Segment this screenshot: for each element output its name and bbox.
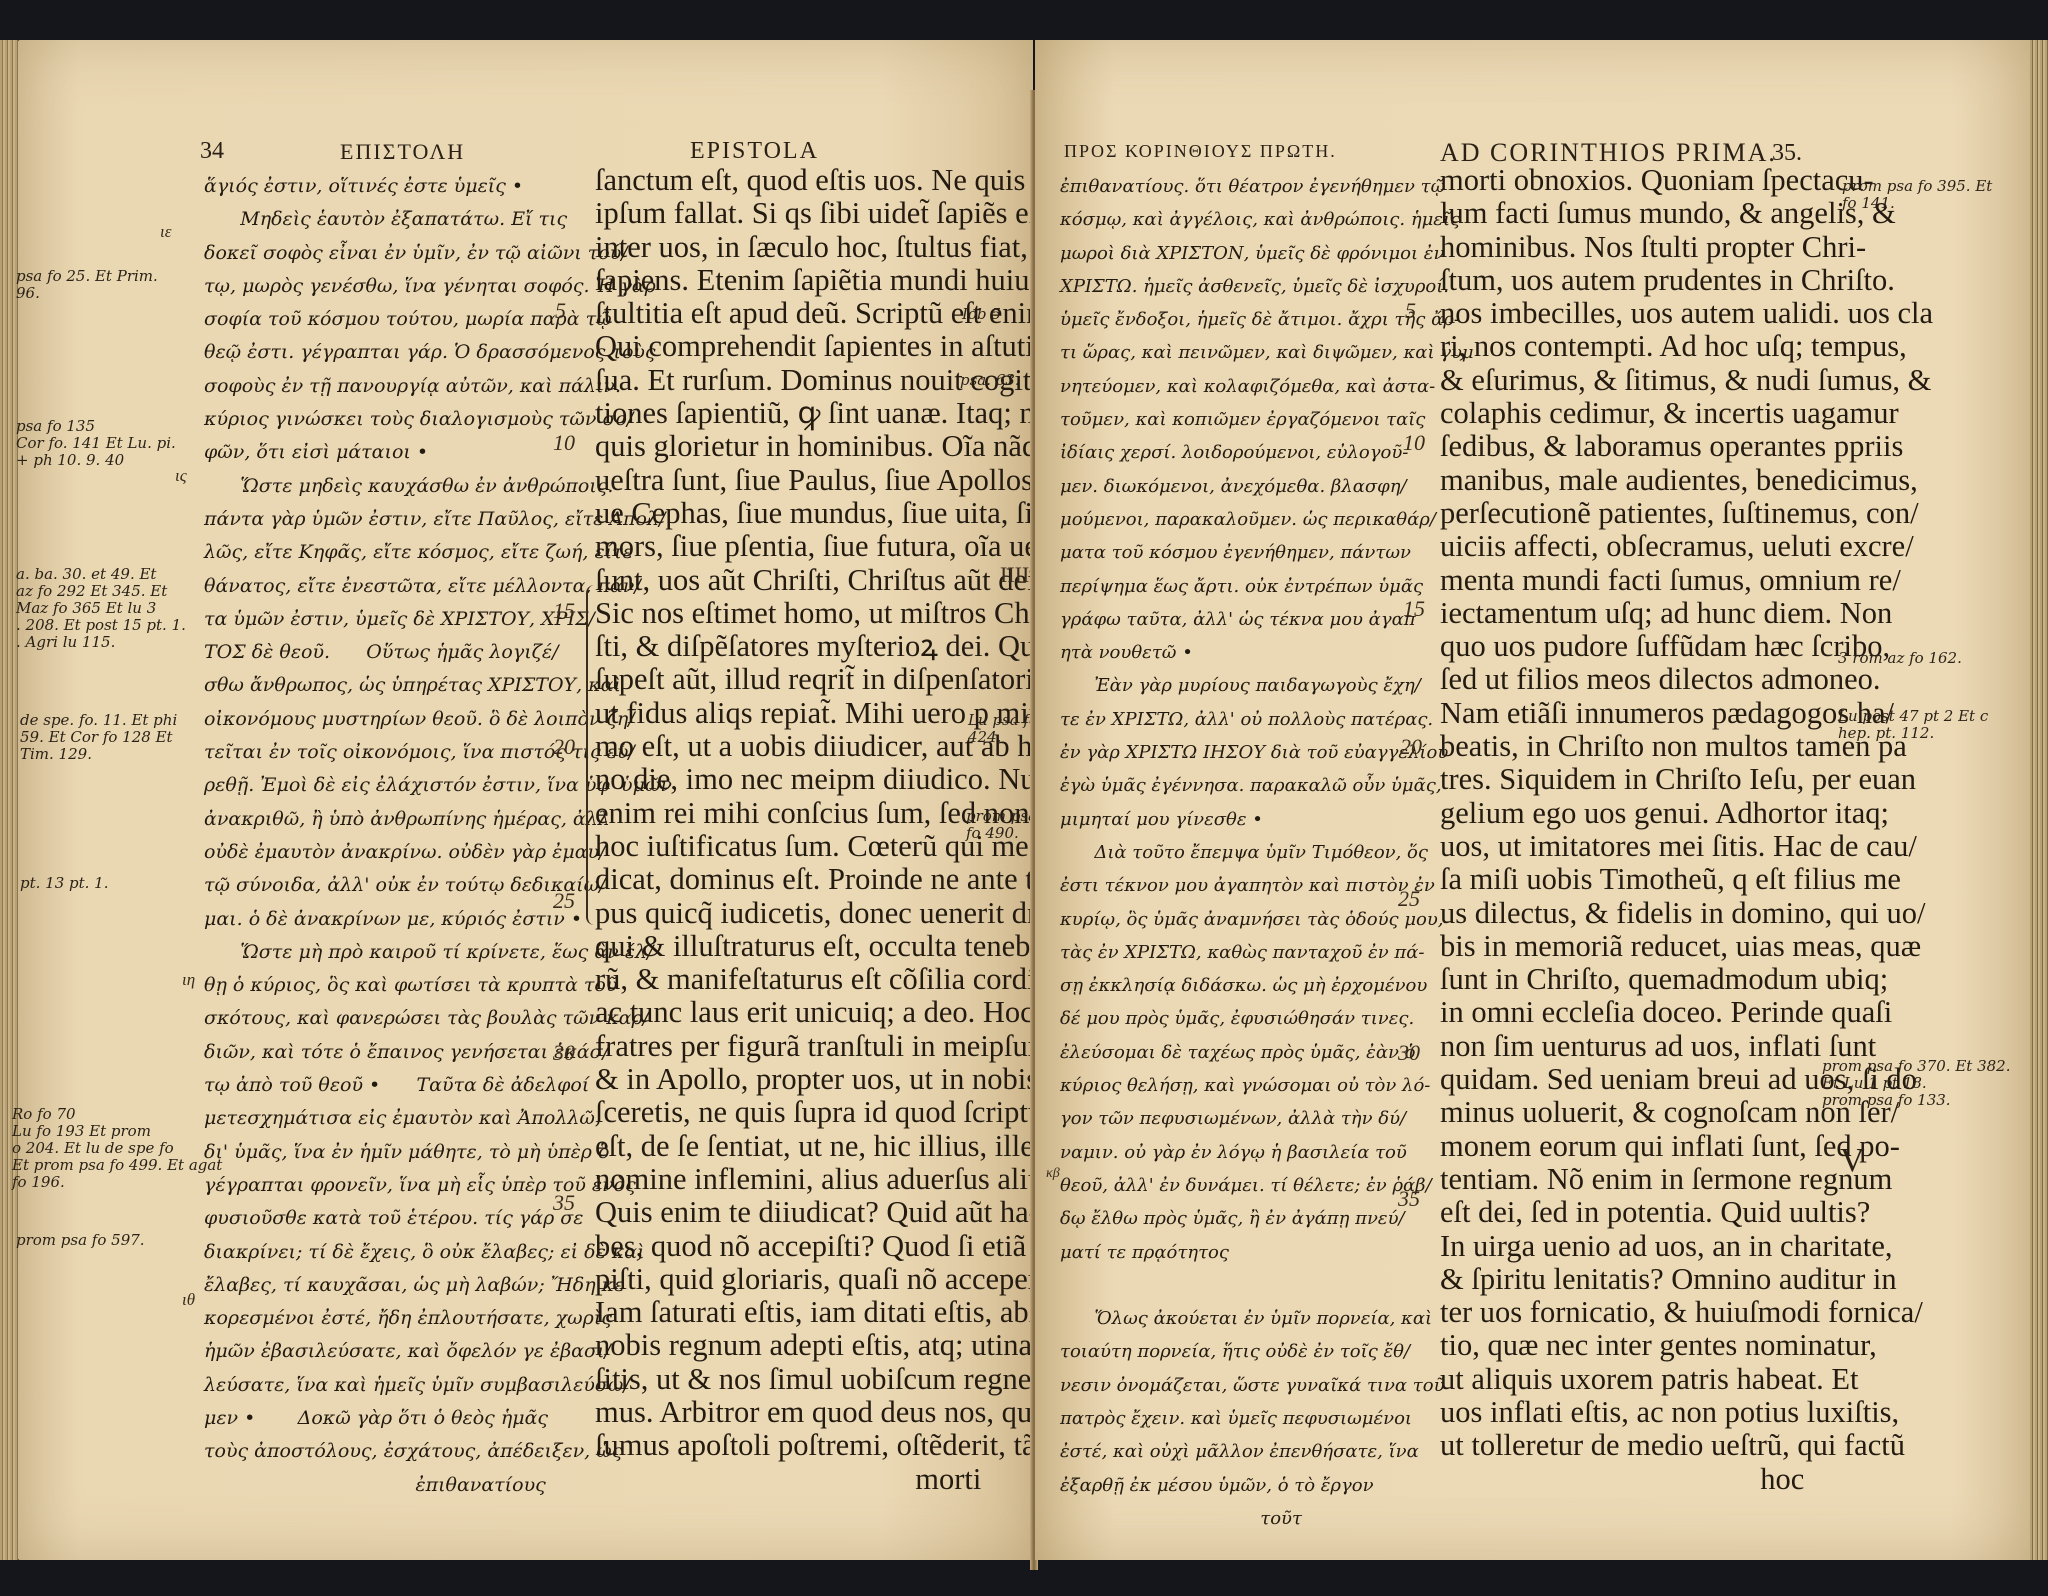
text-line: iectamentum uſq; ad hunc diem. Non	[1440, 597, 1933, 630]
text-line: hoc	[1440, 1463, 1933, 1496]
handwritten-margin-note: a. ba. 30. et 49. Et az fo 292 Et 345. E…	[16, 566, 186, 651]
text-line: ἐπιθανατίους. ὅτι θέατρον ἐγενήθημεν τῷ	[1060, 170, 1474, 203]
handwritten-margin-note: pt. 13 pt. 1.	[20, 875, 109, 892]
open-book: 34 ΕΠΙΣΤΟΛΗ EPISTOLA ἅγιός ἐστιν, οἵτινέ…	[0, 0, 2048, 1596]
text-line: ſedibus, & laboramus operantes ppriis	[1440, 430, 1933, 463]
text-line: ſed ut filios meos dilectos admoneo.	[1440, 663, 1933, 696]
line-number: 25	[553, 888, 575, 914]
left-folio-number: 34	[200, 138, 224, 165]
text-line: τε ἐν ΧΡΙΣΤΩ, ἀλλ' οὐ πολλοὺς πατέρας.	[1060, 703, 1474, 736]
text-line: uiciis affecti, obſecramus, ueluti excre…	[1440, 530, 1933, 563]
text-line: Ὅλως ἀκούεται ἐν ὑμῖν πορνεία, καὶ	[1060, 1302, 1474, 1335]
line-number: 10	[553, 430, 575, 456]
line-number: 30	[1398, 1040, 1420, 1066]
verse-mark: ιε	[160, 222, 171, 242]
verse-mark: ιη	[182, 970, 195, 990]
text-line: γον τῶν πεφυσιωμένων, ἀλλὰ τὴν δύ/	[1060, 1102, 1474, 1135]
chapter-mark: IIII	[1000, 562, 1029, 588]
line-number: 5	[555, 298, 566, 324]
text-line: τι ὥρας, καὶ πεινῶμεν, καὶ διψῶμεν, καὶ …	[1060, 336, 1474, 369]
text-line: ſunt in Chriſto, quemadmodum ubiq;	[1440, 963, 1933, 996]
right-latin-column: morti obnoxios. Quoniam ſpectacu-lum fac…	[1440, 164, 1933, 1496]
handwritten-margin-note: Lu post 47 pt 2 Et c hep. pt. 112.	[1838, 708, 1988, 742]
text-line: ἐστέ, καὶ οὐχὶ μᾶλλον ἐπενθήσατε, ἵνα	[1060, 1435, 1474, 1468]
line-number: 15	[553, 598, 575, 624]
text-line: & eſurimus, & ſitimus, & nudi ſumus, &	[1440, 364, 1933, 397]
text-line: ἐγὼ ὑμᾶς ἐγέννησα. παρακαλῶ οὖν ὑμᾶς,	[1060, 769, 1474, 802]
handwritten-margin-note: Ro fo 70 Lu fo 193 Et prom o 204. Et lu …	[12, 1106, 222, 1191]
text-line: μωροὶ διὰ ΧΡΙΣΤΟΝ, ὑμεῖς δὲ φρόνιμοι ἐν	[1060, 237, 1474, 270]
right-greek-running-head: ΠΡΟΣ ΚΟΡΙΝΘΙΟΥΣ ΠΡΩΤΗ.	[1064, 141, 1337, 162]
handwritten-margin-note: prom psa fo 395. Et fo 141.	[1842, 178, 1992, 212]
text-line: gelium ego uos genui. Adhortor itaq;	[1440, 797, 1933, 830]
text-line: κόσμῳ, καὶ ἀγγέλοις, καὶ ἀνθρώποις. ἡμεῖ…	[1060, 203, 1474, 236]
line-number: 30	[553, 1040, 575, 1066]
text-line: ut tolleretur de medio ueſtrũ, qui factũ	[1440, 1429, 1933, 1462]
text-line: μιμηταί μου γίνεσθε •	[1060, 803, 1474, 836]
text-line: τοιαύτη πορνεία, ἥτις οὐδὲ ἐν τοῖς ἔθ/	[1060, 1335, 1474, 1368]
text-line: ματα τοῦ κόσμου ἐγενήθημεν, πάντων	[1060, 536, 1474, 569]
line-number: 20	[1400, 734, 1422, 760]
text-line: ſtum, uos autem prudentes in Chriſto.	[1440, 264, 1933, 297]
text-line: In uirga uenio ad uos, an in charitate,	[1440, 1230, 1933, 1263]
text-line: & ſpiritu lenitatis? Omnino auditur in	[1440, 1263, 1933, 1296]
line-number: 35	[553, 1190, 575, 1216]
text-line: uos, ut imitatores mei ſitis. Hac de cau…	[1440, 830, 1933, 863]
text-line: in omni eccleſia doceo. Perinde quaſi	[1440, 996, 1933, 1029]
handwritten-margin-note: prom psa fo 597.	[16, 1232, 145, 1249]
handwritten-margin-note: 3 rom az fo 162.	[1838, 650, 1962, 667]
text-line: uos inflati eſtis, ac non potius luxiſti…	[1440, 1396, 1933, 1429]
line-number: 20	[553, 734, 575, 760]
handwritten-margin-note: psa. 63.	[960, 372, 1020, 389]
text-line: τὰς ἐν ΧΡΙΣΤΩ, καθὼς πανταχοῦ ἐν πά-	[1060, 936, 1474, 969]
text-line: ἐξαρθῇ ἐκ μέσου ὑμῶν, ὁ τὸ ἔργον	[1060, 1469, 1474, 1502]
text-line: hominibus. Nos ſtulti propter Chri-	[1440, 231, 1933, 264]
right-greek-column: ἐπιθανατίους. ὅτι θέατρον ἐγενήθημεν τῷκ…	[1060, 170, 1474, 1535]
text-line: nos imbecilles, uos autem ualidi. uos cl…	[1440, 297, 1933, 330]
text-line: νητεύομεν, καὶ κολαφιζόμεθα, καὶ ἀστα-	[1060, 370, 1474, 403]
line-number: 15	[1403, 596, 1425, 622]
text-line: us dilectus, & fidelis in domino, qui uo…	[1440, 897, 1933, 930]
text-line: ri, nos contempti. Ad hoc uſq; tempus,	[1440, 330, 1933, 363]
verse-mark: ιθ	[182, 1290, 195, 1310]
line-number: 10	[1403, 430, 1425, 456]
text-line: colaphis cedimur, & incertis uagamur	[1440, 397, 1933, 430]
handwritten-margin-note: Iob 5	[962, 306, 1001, 323]
left-greek-running-head: ΕΠΙΣΤΟΛΗ	[340, 139, 465, 165]
text-line: ſa miſi uobis Timotheũ, q eſt filius me	[1440, 863, 1933, 896]
text-line: τοῦτ	[1060, 1502, 1474, 1535]
text-line: ματί τε πρᾳότητος	[1060, 1236, 1474, 1269]
handwritten-margin-note: psa fo 25. Et Prim. 96.	[16, 268, 158, 302]
text-line: πατρὸς ἔχειν. καὶ ὑμεῖς πεφυσιωμένοι	[1060, 1402, 1474, 1435]
text-line: ναμιν. οὐ γὰρ ἐν λόγῳ ἡ βασιλεία τοῦ	[1060, 1136, 1474, 1169]
line-number: 35	[1398, 1186, 1420, 1212]
text-line	[1060, 1269, 1474, 1302]
handwritten-margin-note: Lu psa fo 424.	[968, 712, 1038, 746]
text-line: manibus, male audientes, benedicimus,	[1440, 464, 1933, 497]
handwritten-margin-note: de spe. fo. 11. Et phi 59. Et Cor fo 128…	[20, 712, 177, 763]
text-line: eſt dei, ſed in potentia. Quid uultis?	[1440, 1196, 1933, 1229]
chapter-mark: V	[1840, 1142, 1865, 1180]
handwritten-margin-note: prom psa fo 370. Et 382. Et Lu 1 pt 18. …	[1822, 1058, 2010, 1109]
handwritten-margin-note: prom psa fo 490.	[966, 808, 1037, 842]
text-line: κύριος θελήσῃ, καὶ γνώσομαι οὐ τὸν λό-	[1060, 1069, 1474, 1102]
text-line: μούμενοι, παρακαλοῦμεν. ὡς περικαθάρ/	[1060, 503, 1474, 536]
text-line: ter uos fornicatio, & huiuſmodi fornica/	[1440, 1296, 1933, 1329]
text-line: μεν. διωκόμενοι, ἀνεχόμεθα. βλασφη/	[1060, 470, 1474, 503]
page-edges-right	[2030, 40, 2048, 1560]
text-line: σῃ ἐκκλησίᾳ διδάσκω. ὡς μὴ ἐρχομένου	[1060, 969, 1474, 1002]
text-line: ητὰ νουθετῶ •	[1060, 636, 1474, 669]
annotation-bracket	[586, 585, 598, 925]
text-line: perſecutionẽ patientes, ſuſtinemus, con/	[1440, 497, 1933, 530]
text-line: νεσιν ὀνομάζεται, ὥστε γυναῖκά τινα τοῦ	[1060, 1369, 1474, 1402]
verse-mark: ις	[175, 466, 187, 486]
handwritten-margin-note: psa fo 135 Cor fo. 141 Et Lu. pi. + ph 1…	[16, 418, 176, 469]
text-line: Ἐὰν γὰρ μυρίους παιδαγωγοὺς ἔχη/	[1060, 669, 1474, 702]
left-latin-running-head: EPISTOLA	[690, 138, 819, 165]
verse-mark: κβ	[1046, 1166, 1060, 1182]
text-line: Διὰ τοῦτο ἔπεμψα ὑμῖν Τιμόθεον, ὅς	[1060, 836, 1474, 869]
text-line: δέ μου πρὸς ὑμᾶς, ἐφυσιώθησάν τινες.	[1060, 1002, 1474, 1035]
text-line: bis in memoriã reducet, uias meas, quæ	[1440, 930, 1933, 963]
line-number: 25	[1398, 886, 1420, 912]
text-line: tres. Siquidem in Chriſto Ieſu, per euan	[1440, 763, 1933, 796]
text-line: tio, quæ nec inter gentes nominatur,	[1440, 1329, 1933, 1362]
line-number: 5	[1405, 298, 1416, 324]
text-line: menta mundi facti ſumus, omnium re/	[1440, 564, 1933, 597]
text-line: ut aliquis uxorem patris habeat. Et	[1440, 1363, 1933, 1396]
